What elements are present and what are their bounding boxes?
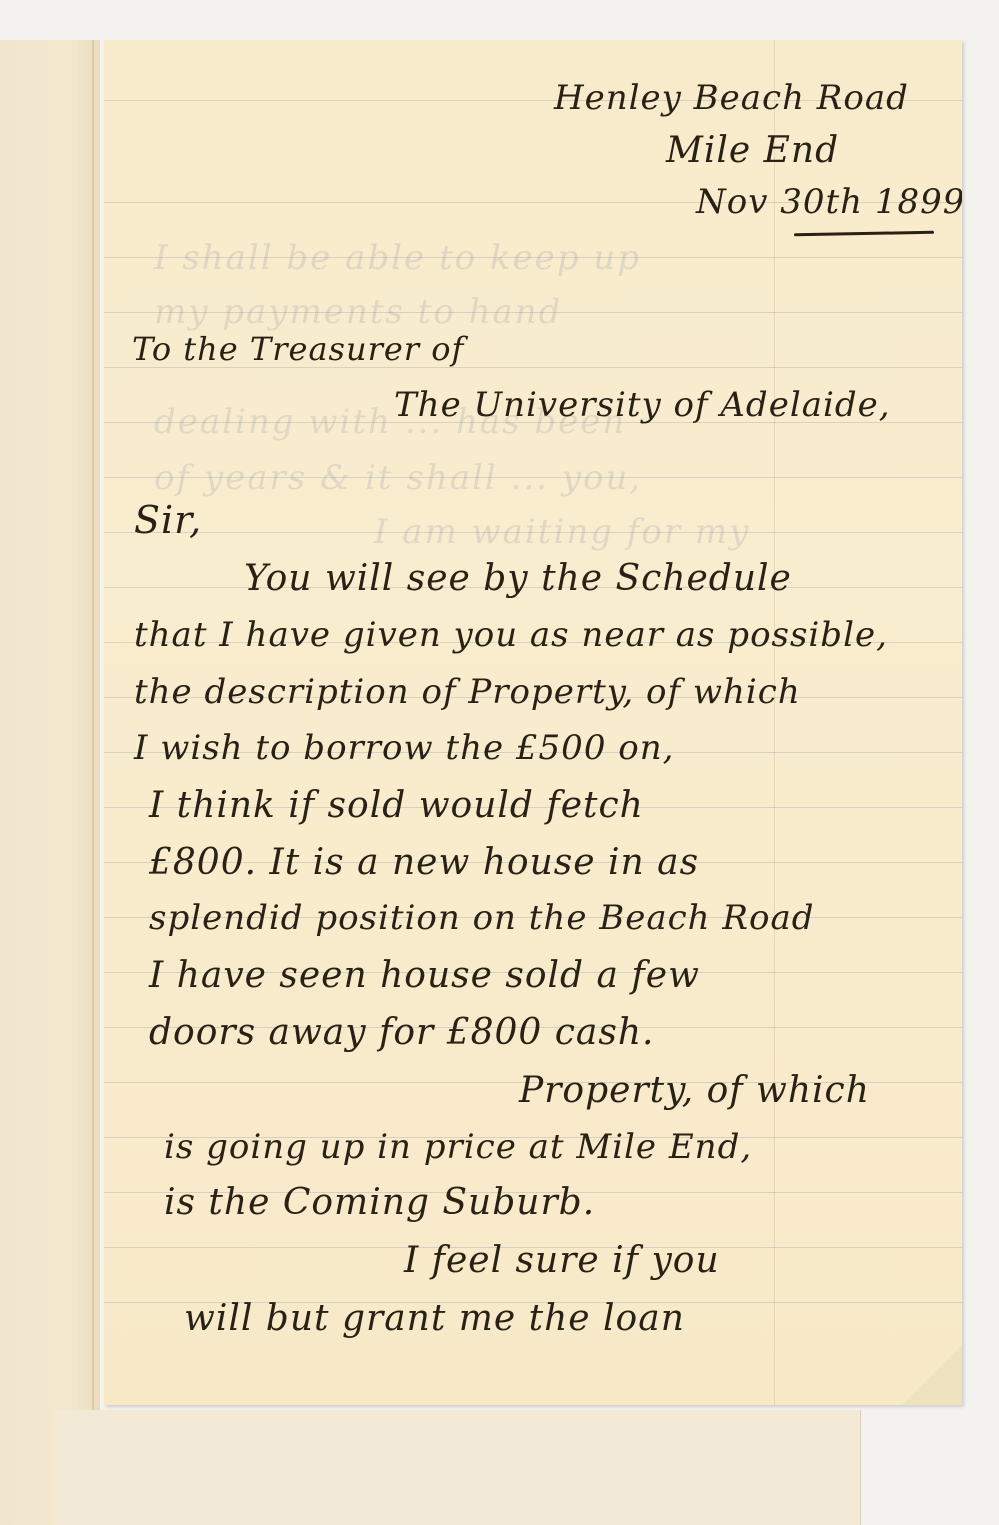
lower-sheet [55,1410,861,1525]
date-underline [794,231,934,236]
body-line: Property, of which [519,1070,870,1111]
recipient-line-2: The University of Adelaide, [394,385,891,425]
body-line: that I have given you as near as possibl… [134,615,888,655]
body-line: You will see by the Schedule [244,558,792,599]
bleed-through-text: of years & it shall ... you, [154,458,642,498]
bleed-through-text: my payments to hand [154,292,562,332]
corner-fold [902,1345,962,1405]
body-line: £800. It is a new house in as [149,842,699,883]
body-line: I wish to borrow the £500 on, [134,728,674,768]
body-line: doors away for £800 cash. [149,1012,654,1053]
bleed-through-text: I am waiting for my [374,512,750,552]
address-line-2: Mile End [666,130,839,171]
vertical-fold-line [774,40,775,1405]
address-line-1: Henley Beach Road [554,78,909,118]
bleed-through-text: I shall be able to keep up [154,238,641,278]
underlying-page [0,40,100,1525]
body-line: I think if sold would fetch [149,785,644,826]
letter-page: I shall be able to keep up my payments t… [104,40,962,1405]
body-line: is going up in price at Mile End, [164,1127,752,1167]
letter-date: Nov 30th 1899 [696,182,962,222]
recipient-line-1: To the Treasurer of [132,330,464,368]
body-line: is the Coming Suburb. [164,1182,595,1223]
salutation: Sir, [134,498,202,542]
body-line: I have seen house sold a few [149,955,700,996]
body-line: I feel sure if you [404,1240,720,1281]
body-line: will but grant me the loan [184,1298,685,1339]
body-line: splendid position on the Beach Road [149,898,814,938]
body-line: the description of Property, of which [134,672,801,712]
page-fold [92,40,94,1525]
